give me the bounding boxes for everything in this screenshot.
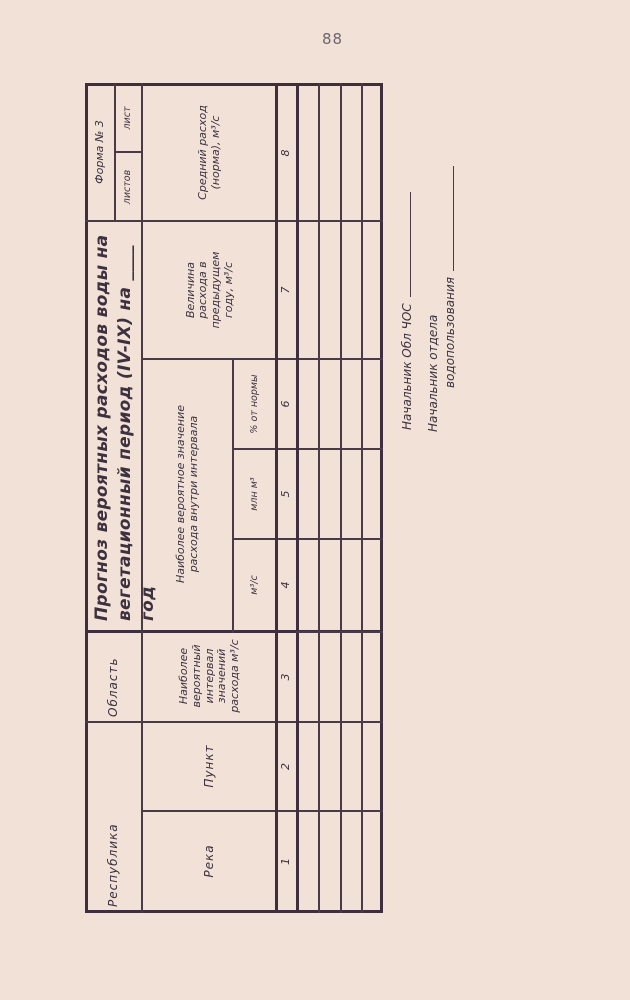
column-number-1: 1	[277, 812, 296, 911]
header-station: Пункт	[145, 723, 275, 809]
header-river: Река	[145, 813, 275, 909]
signature-rule-1	[410, 192, 411, 297]
title-line-1: Прогноз вероятных расходов воды на	[91, 221, 114, 621]
column-number-4: 4	[277, 540, 296, 630]
subheader-pct-norm: % от нормы	[235, 361, 275, 447]
column-number-8: 8	[277, 86, 296, 220]
column-number-6: 6	[277, 360, 296, 448]
subheader-mln-m3: млн м³	[235, 451, 275, 537]
column-number-3: 3	[277, 633, 296, 721]
border-left	[85, 910, 383, 913]
col-divider-1-2	[141, 810, 383, 812]
subheader-m3s: м³/с	[235, 541, 275, 629]
column-number-5: 5	[277, 450, 296, 538]
table-row-divider-2	[340, 83, 342, 913]
table-row-divider-1	[318, 83, 320, 913]
col-divider-6-7	[141, 358, 383, 360]
form-box-vline	[114, 151, 142, 153]
table-row-divider-3	[361, 83, 363, 913]
group-subheader-divider	[232, 358, 234, 633]
header-probable-interval: Наиболее вероятный интервал значений рас…	[145, 633, 275, 719]
sheets-label: листов	[116, 154, 140, 220]
region-label: Область	[89, 633, 139, 717]
page-number: 88	[322, 30, 343, 48]
signature-head-water-use-2: водопользования	[443, 166, 457, 388]
column-number-7: 7	[277, 222, 296, 358]
form-box-divider	[85, 220, 383, 222]
signature-head-water-use: Начальник отдела	[426, 315, 440, 432]
signature-rule-2	[453, 166, 454, 271]
republic-label: Республика	[89, 727, 139, 907]
top-band-divider-left	[141, 633, 143, 913]
sheet-label: лист	[116, 86, 140, 150]
numbers-row-bottom	[296, 83, 299, 913]
form-number-label: Форма № 3	[87, 85, 113, 219]
header-mean-norm: Средний расход (норма), м³/с	[145, 86, 275, 219]
form-title: Прогноз вероятных расходов воды на вегет…	[85, 221, 143, 629]
signature-head-regional-hms: Начальник Обл ЧОС	[400, 192, 414, 430]
header-group-most-probable: Наиболее вероятное значение расхода внут…	[145, 361, 231, 627]
republic-region-divider	[85, 721, 141, 723]
border-bottom	[380, 83, 383, 913]
header-prev-year: Величина расхода в предыдущем году, м³/с	[145, 223, 275, 357]
forecast-form-table: Республика Область Прогноз вероятных рас…	[85, 83, 383, 913]
column-number-2: 2	[277, 723, 296, 810]
